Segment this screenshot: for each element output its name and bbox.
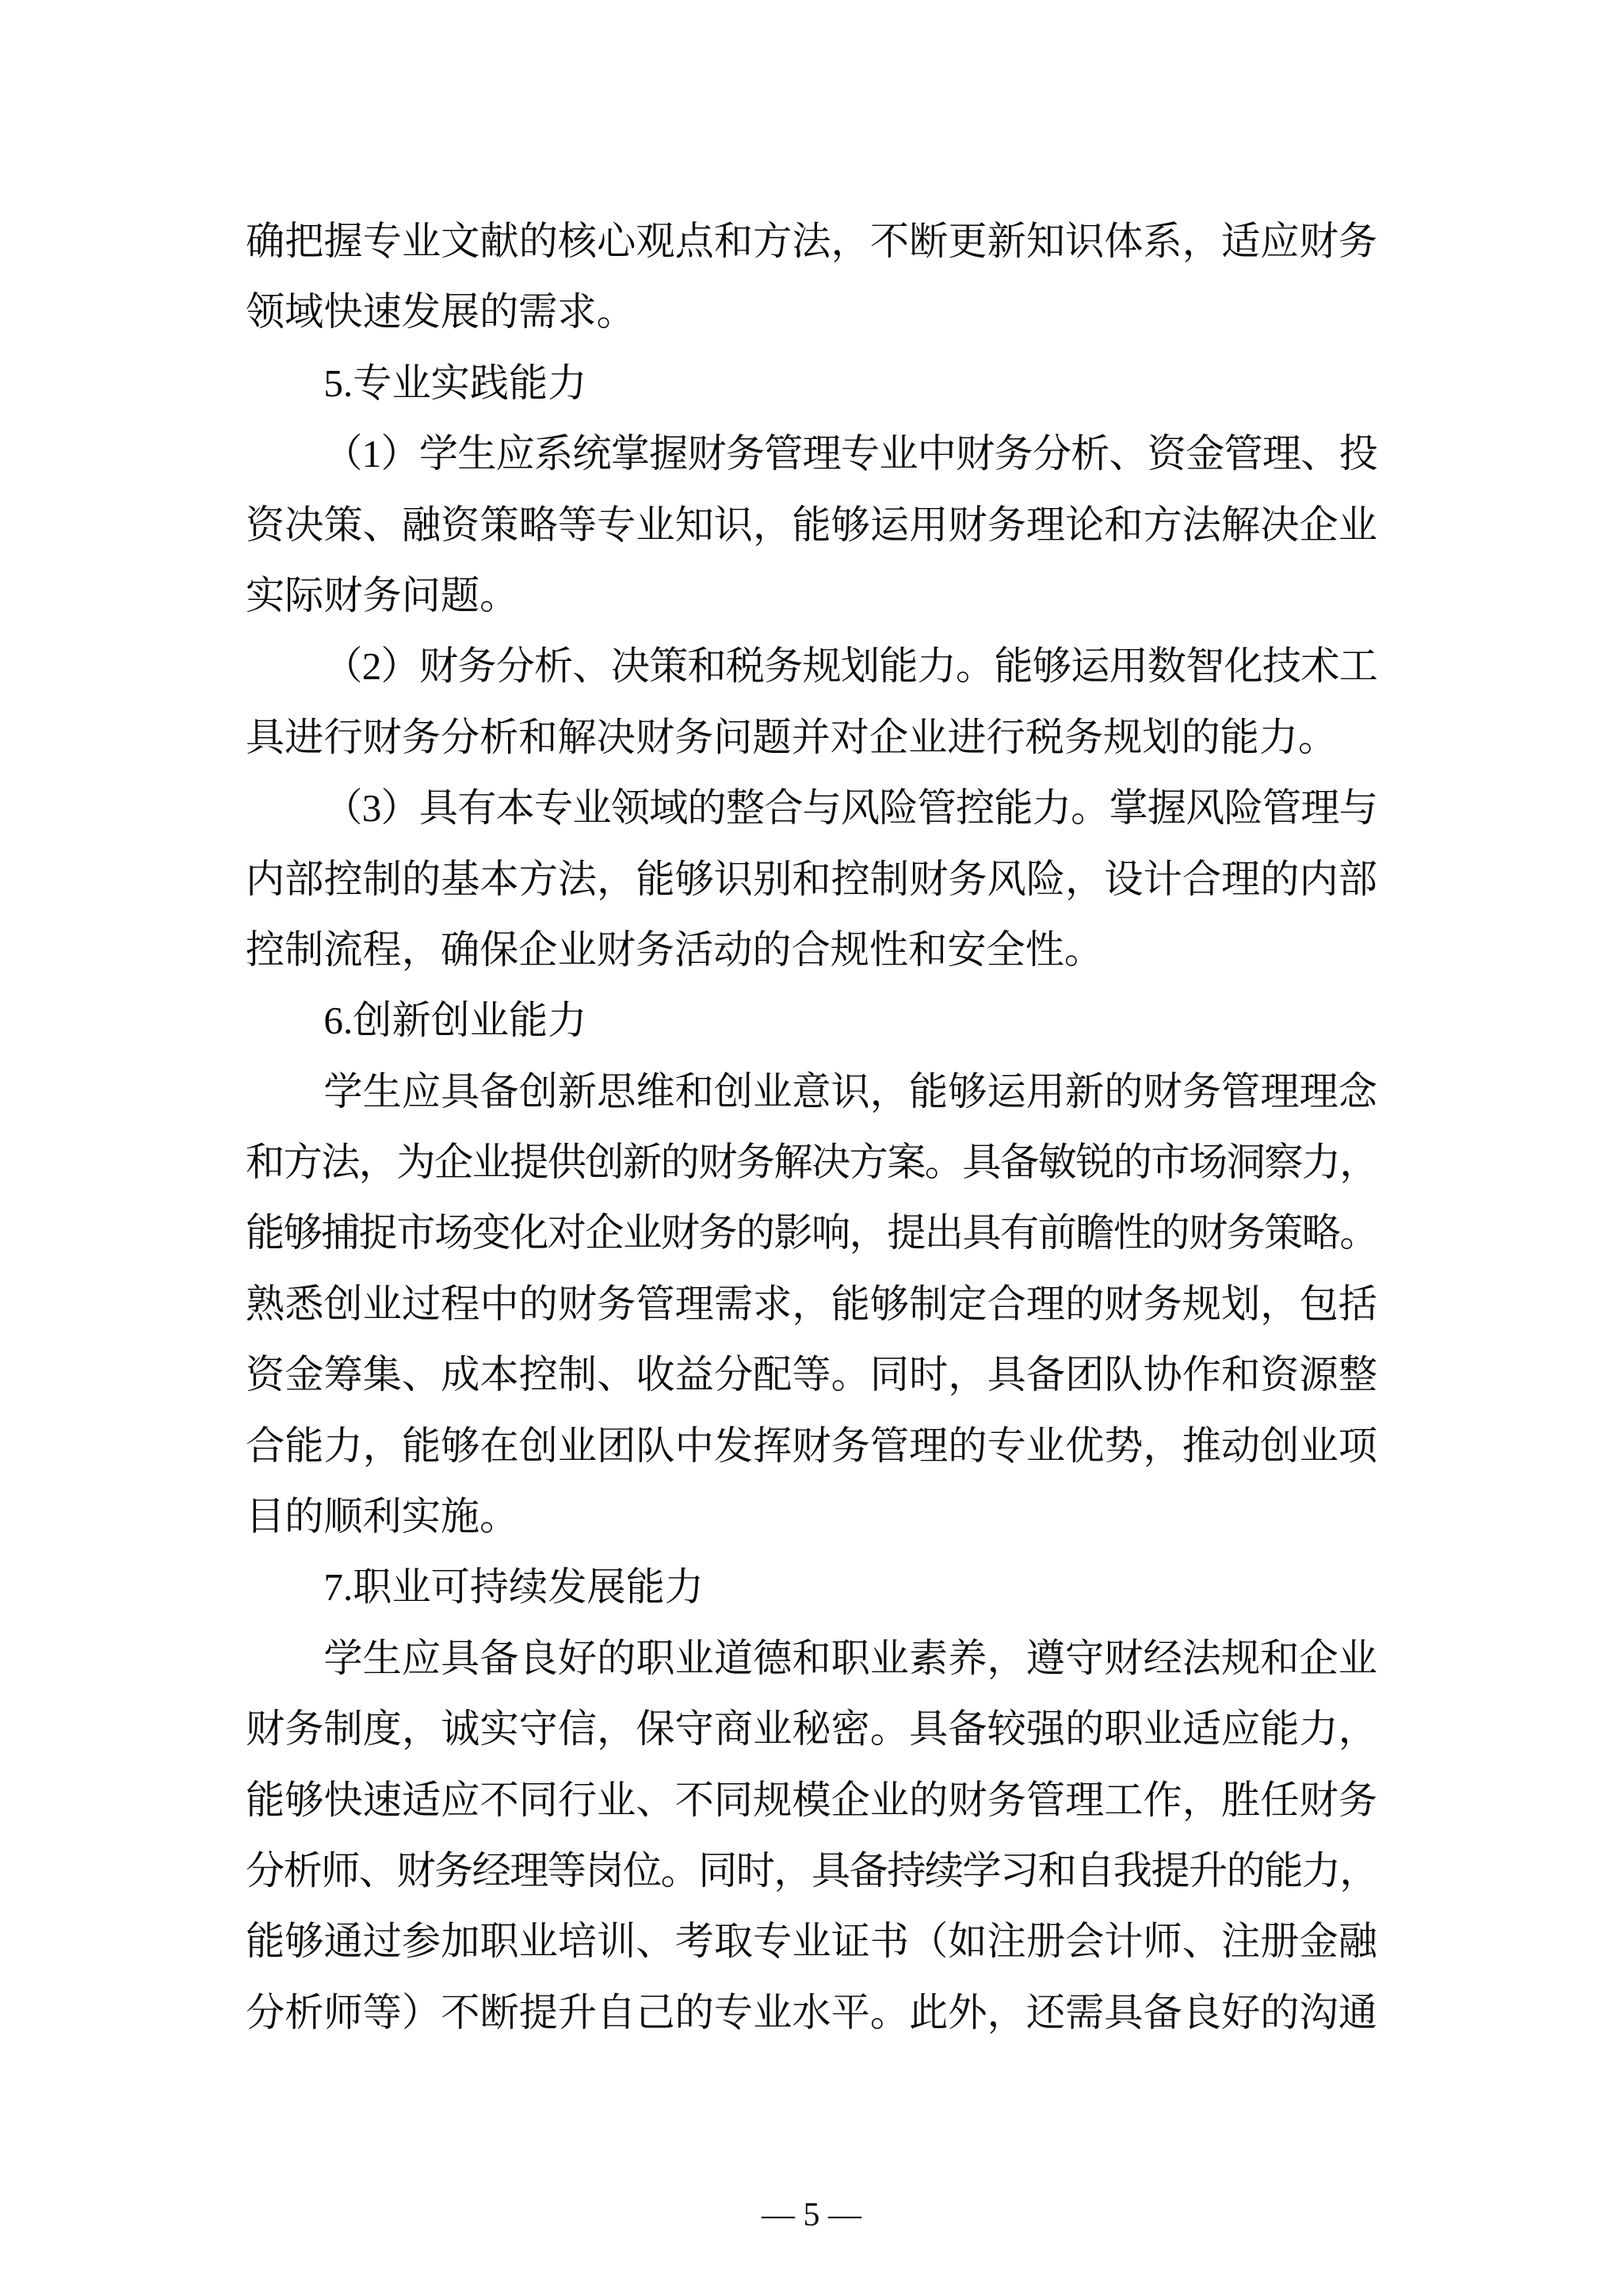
- text-line: 7.职业可持续发展能力: [246, 1552, 1377, 1622]
- text-line: 6.创新创业能力: [246, 985, 1377, 1056]
- text-line: 控制流程，确保企业财务活动的合规性和安全性。: [246, 915, 1377, 985]
- text-line: 能够快速适应不同行业、不同规模企业的财务管理工作，胜任财务: [246, 1765, 1377, 1836]
- document-page: 确把握专业文献的核心观点和方法，不断更新知识体系，适应财务领域快速发展的需求。5…: [0, 0, 1623, 2296]
- body-text: 确把握专业文献的核心观点和方法，不断更新知识体系，适应财务领域快速发展的需求。5…: [246, 206, 1377, 2048]
- text-line: 实际财务问题。: [246, 560, 1377, 631]
- text-line: 5.专业实践能力: [246, 348, 1377, 418]
- text-line: 财务制度，诚实守信，保守商业秘密。具备较强的职业适应能力，: [246, 1694, 1377, 1764]
- text-line: 合能力，能够在创业团队中发挥财务管理的专业优势，推动创业项: [246, 1411, 1377, 1481]
- text-line: 分析师等）不断提升自己的专业水平。此外，还需具备良好的沟通: [246, 1977, 1377, 2048]
- text-line: 确把握专业文献的核心观点和方法，不断更新知识体系，适应财务: [246, 206, 1377, 277]
- text-line: （2）财务分析、决策和税务规划能力。能够运用数智化技术工: [246, 631, 1377, 701]
- text-line: 能够通过参加职业培训、考取专业证书（如注册会计师、注册金融: [246, 1906, 1377, 1977]
- text-line: 学生应具备创新思维和创业意识，能够运用新的财务管理理念: [246, 1056, 1377, 1127]
- text-line: 资金筹集、成本控制、收益分配等。同时，具备团队协作和资源整: [246, 1339, 1377, 1410]
- text-line: 领域快速发展的需求。: [246, 277, 1377, 347]
- text-line: 和方法，为企业提供创新的财务解决方案。具备敏锐的市场洞察力，: [246, 1127, 1377, 1198]
- text-line: 学生应具备良好的职业道德和职业素养，遵守财经法规和企业: [246, 1623, 1377, 1694]
- text-line: （3）具有本专业领域的整合与风险管控能力。掌握风险管理与: [246, 773, 1377, 843]
- text-line: 内部控制的基本方法，能够识别和控制财务风险，设计合理的内部: [246, 844, 1377, 915]
- text-line: 资决策、融资策略等专业知识，能够运用财务理论和方法解决企业: [246, 490, 1377, 560]
- page-number: — 5 —: [762, 2197, 861, 2233]
- text-line: （1）学生应系统掌握财务管理专业中财务分析、资金管理、投: [246, 418, 1377, 489]
- page-footer: — 5 —: [0, 2187, 1623, 2243]
- text-line: 能够捕捉市场变化对企业财务的影响，提出具有前瞻性的财务策略。: [246, 1198, 1377, 1268]
- text-line: 分析师、财务经理等岗位。同时，具备持续学习和自我提升的能力，: [246, 1836, 1377, 1906]
- text-line: 目的顺利实施。: [246, 1481, 1377, 1552]
- text-line: 具进行财务分析和解决财务问题并对企业进行税务规划的能力。: [246, 702, 1377, 773]
- text-line: 熟悉创业过程中的财务管理需求，能够制定合理的财务规划，包括: [246, 1269, 1377, 1339]
